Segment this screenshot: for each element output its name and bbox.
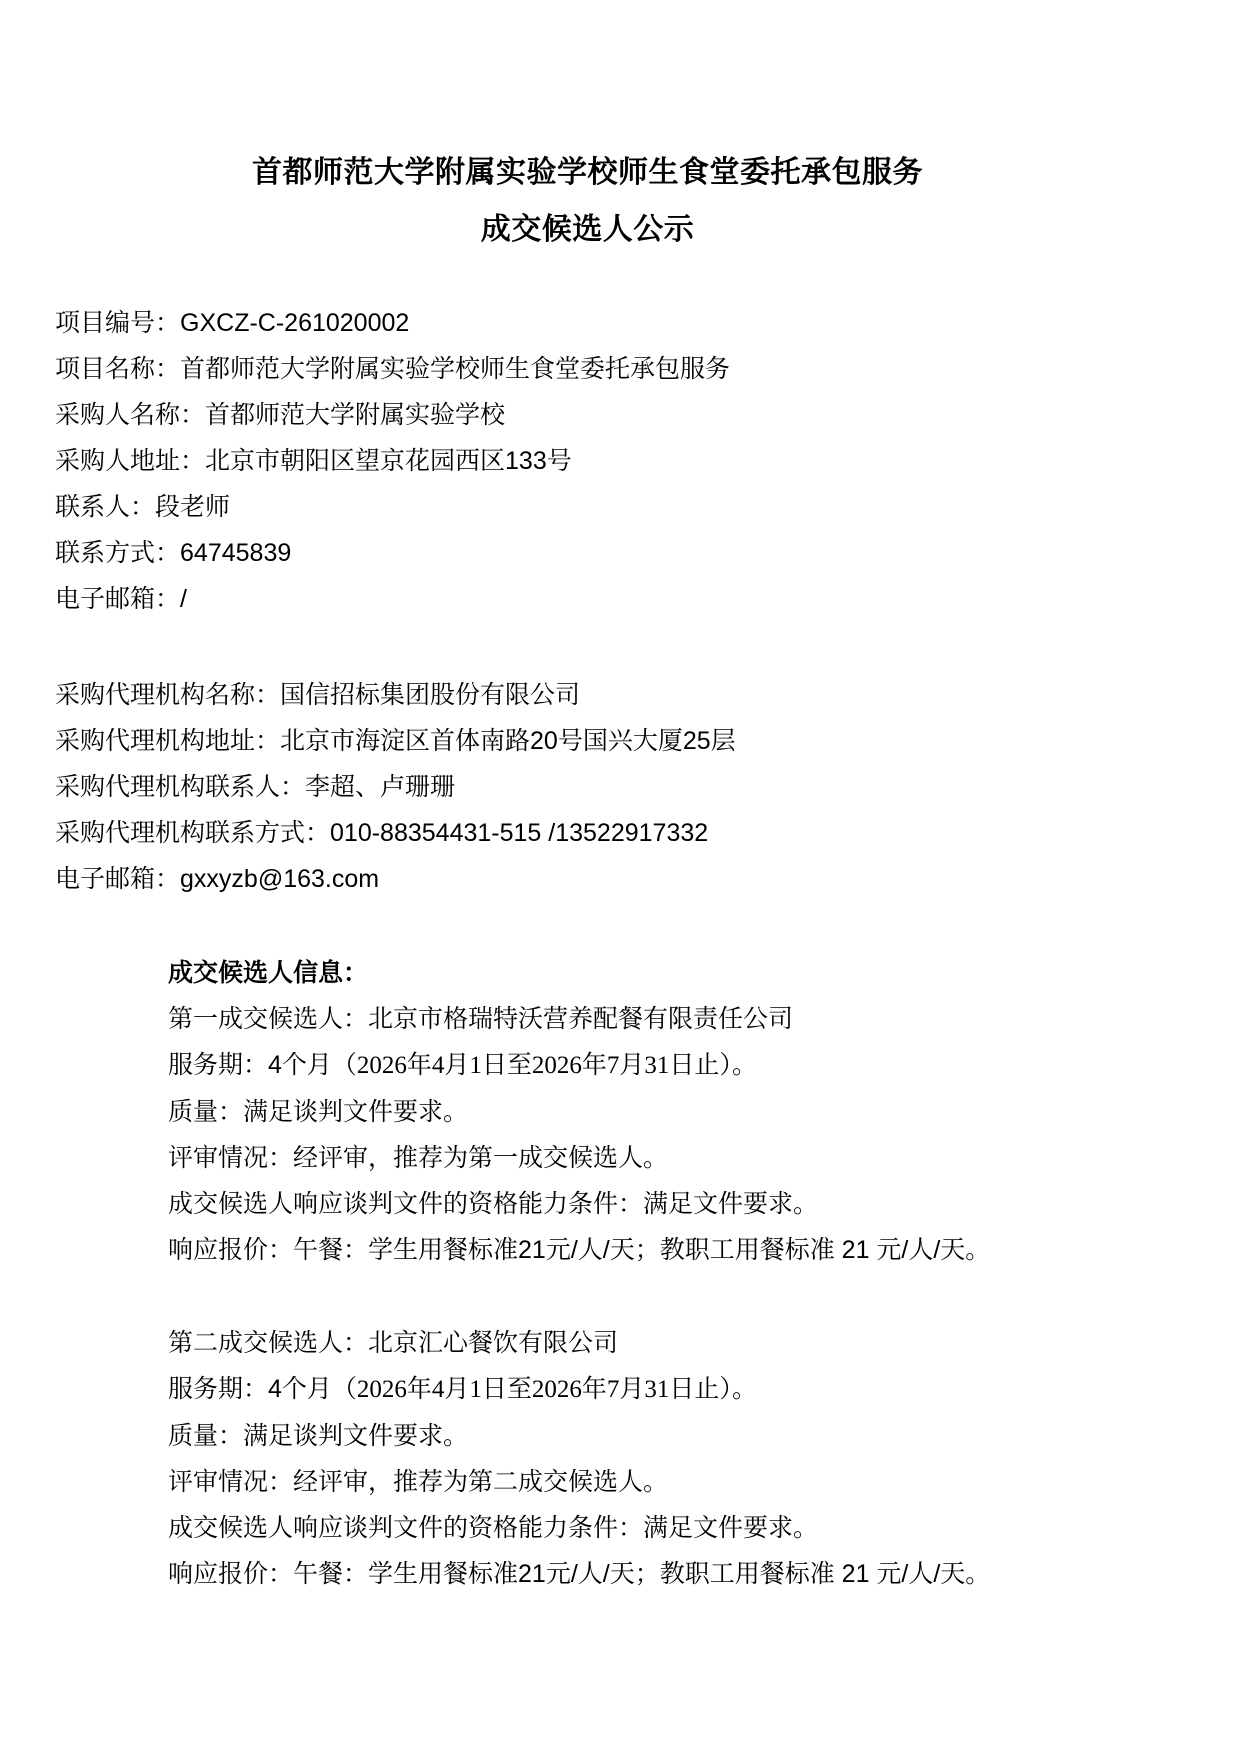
field-label: 项目编号：: [55, 309, 180, 337]
candidate-rank-label: 第一成交候选人：: [168, 1005, 368, 1033]
field-label: 采购代理机构地址：: [55, 727, 280, 755]
candidates-section: 成交候选人信息： 第一成交候选人：北京市格瑞特沃营养配餐有限责任公司 服务期：4…: [168, 950, 1120, 1597]
field-value: 64745839: [180, 539, 291, 567]
quality-value: 满足谈判文件要求。: [243, 1422, 468, 1450]
qualification-value: 满足文件要求。: [643, 1190, 818, 1218]
field-value: /: [180, 585, 187, 613]
service-period-suffix: 。: [732, 1375, 757, 1403]
service-period-value: 4个月: [268, 1375, 332, 1403]
candidate-qualification-row: 成交候选人响应谈判文件的资格能力条件：满足文件要求。: [168, 1505, 1120, 1551]
review-label: 评审情况：: [168, 1468, 293, 1496]
field-row-email: 电子邮箱：/: [55, 576, 1120, 622]
quote-label: 响应报价：: [168, 1560, 293, 1588]
review-value: 经评审，推荐为第一成交候选人。: [293, 1144, 668, 1172]
document-content: 首都师范大学附属实验学校师生食堂委托承包服务 成交候选人公示 项目编号：GXCZ…: [0, 144, 1240, 1597]
field-label: 采购人名称：: [55, 401, 205, 429]
quality-label: 质量：: [168, 1098, 243, 1126]
service-period-date: （2026年4月1日至2026年7月31日止）: [332, 1052, 732, 1079]
agency-info-block: 采购代理机构名称：国信招标集团股份有限公司 采购代理机构地址：北京市海淀区首体南…: [55, 672, 1120, 902]
service-period-label: 服务期：: [168, 1051, 268, 1079]
field-row-agency-address: 采购代理机构地址：北京市海淀区首体南路20号国兴大厦25层: [55, 718, 1120, 764]
field-label: 联系人：: [55, 493, 155, 521]
buyer-info-block: 项目编号：GXCZ-C-261020002 项目名称：首都师范大学附属实验学校师…: [55, 300, 1120, 622]
quote-value: 午餐：学生用餐标准21元/人/天；教职工用餐标准 21 元/人/天。: [293, 1236, 990, 1264]
field-row-project-name: 项目名称：首都师范大学附属实验学校师生食堂委托承包服务: [55, 346, 1120, 392]
candidate-service-period-row: 服务期：4个月（2026年4月1日至2026年7月31日止）。: [168, 1366, 1120, 1413]
field-label: 电子邮箱：: [55, 585, 180, 613]
field-row-contact-phone: 联系方式：64745839: [55, 530, 1120, 576]
field-value: 北京市海淀区首体南路20号国兴大厦25层: [280, 727, 736, 755]
service-period-value: 4个月: [268, 1051, 332, 1079]
field-value: gxxyzb@163.com: [180, 865, 379, 893]
service-period-label: 服务期：: [168, 1375, 268, 1403]
field-label: 项目名称：: [55, 355, 180, 383]
field-label: 采购代理机构联系人：: [55, 773, 305, 801]
field-label: 采购代理机构名称：: [55, 681, 280, 709]
quote-value: 午餐：学生用餐标准21元/人/天；教职工用餐标准 21 元/人/天。: [293, 1560, 990, 1588]
field-label: 采购代理机构联系方式：: [55, 819, 330, 847]
review-value: 经评审，推荐为第二成交候选人。: [293, 1468, 668, 1496]
field-value: 010-88354431-515 /13522917332: [330, 819, 708, 847]
review-label: 评审情况：: [168, 1144, 293, 1172]
document-page: 首都师范大学附属实验学校师生食堂委托承包服务 成交候选人公示 项目编号：GXCZ…: [0, 0, 1240, 1752]
candidate-qualification-row: 成交候选人响应谈判文件的资格能力条件：满足文件要求。: [168, 1181, 1120, 1227]
field-row-agency-contact-person: 采购代理机构联系人：李超、卢珊珊: [55, 764, 1120, 810]
field-row-agency-name: 采购代理机构名称：国信招标集团股份有限公司: [55, 672, 1120, 718]
candidate-review-row: 评审情况：经评审，推荐为第一成交候选人。: [168, 1135, 1120, 1181]
field-value: 首都师范大学附属实验学校师生食堂委托承包服务: [180, 355, 730, 383]
field-row-buyer-address: 采购人地址：北京市朝阳区望京花园西区133号: [55, 438, 1120, 484]
candidate-service-period-row: 服务期：4个月（2026年4月1日至2026年7月31日止）。: [168, 1042, 1120, 1089]
candidates-heading: 成交候选人信息：: [168, 950, 1120, 996]
candidate-quote-row: 响应报价：午餐：学生用餐标准21元/人/天；教职工用餐标准 21 元/人/天。: [168, 1227, 1120, 1273]
candidate-review-row: 评审情况：经评审，推荐为第二成交候选人。: [168, 1459, 1120, 1505]
field-value: GXCZ-C-261020002: [180, 309, 409, 337]
quote-label: 响应报价：: [168, 1236, 293, 1264]
candidate-quote-row: 响应报价：午餐：学生用餐标准21元/人/天；教职工用餐标准 21 元/人/天。: [168, 1551, 1120, 1597]
candidate-block-2: 第二成交候选人：北京汇心餐饮有限公司 服务期：4个月（2026年4月1日至202…: [168, 1320, 1120, 1597]
candidate-rank-row: 第一成交候选人：北京市格瑞特沃营养配餐有限责任公司: [168, 996, 1120, 1042]
field-value: 北京市朝阳区望京花园西区133号: [205, 447, 572, 475]
field-label: 电子邮箱：: [55, 865, 180, 893]
field-row-contact-person: 联系人：段老师: [55, 484, 1120, 530]
field-label: 联系方式：: [55, 539, 180, 567]
candidate-rank-row: 第二成交候选人：北京汇心餐饮有限公司: [168, 1320, 1120, 1366]
candidate-rank-label: 第二成交候选人：: [168, 1329, 368, 1357]
candidate-quality-row: 质量：满足谈判文件要求。: [168, 1413, 1120, 1459]
document-title: 首都师范大学附属实验学校师生食堂委托承包服务 成交候选人公示: [55, 144, 1120, 258]
qualification-value: 满足文件要求。: [643, 1514, 818, 1542]
field-row-project-number: 项目编号：GXCZ-C-261020002: [55, 300, 1120, 346]
title-line-1: 首都师范大学附属实验学校师生食堂委托承包服务: [55, 144, 1120, 201]
qualification-label: 成交候选人响应谈判文件的资格能力条件：: [168, 1190, 643, 1218]
field-value: 首都师范大学附属实验学校: [205, 401, 505, 429]
candidate-company-name: 北京汇心餐饮有限公司: [368, 1329, 618, 1357]
field-row-agency-email: 电子邮箱：gxxyzb@163.com: [55, 856, 1120, 902]
candidate-company-name: 北京市格瑞特沃营养配餐有限责任公司: [368, 1005, 793, 1033]
field-row-buyer-name: 采购人名称：首都师范大学附属实验学校: [55, 392, 1120, 438]
field-value: 李超、卢珊珊: [305, 773, 455, 801]
field-label: 采购人地址：: [55, 447, 205, 475]
service-period-date: （2026年4月1日至2026年7月31日止）: [332, 1376, 732, 1403]
quality-label: 质量：: [168, 1422, 243, 1450]
quality-value: 满足谈判文件要求。: [243, 1098, 468, 1126]
field-value: 段老师: [155, 493, 230, 521]
service-period-suffix: 。: [732, 1051, 757, 1079]
field-value: 国信招标集团股份有限公司: [280, 681, 580, 709]
candidate-block-1: 第一成交候选人：北京市格瑞特沃营养配餐有限责任公司 服务期：4个月（2026年4…: [168, 996, 1120, 1273]
candidate-quality-row: 质量：满足谈判文件要求。: [168, 1089, 1120, 1135]
qualification-label: 成交候选人响应谈判文件的资格能力条件：: [168, 1514, 643, 1542]
title-line-2: 成交候选人公示: [55, 201, 1120, 258]
field-row-agency-contact-phone: 采购代理机构联系方式：010-88354431-515 /13522917332: [55, 810, 1120, 856]
